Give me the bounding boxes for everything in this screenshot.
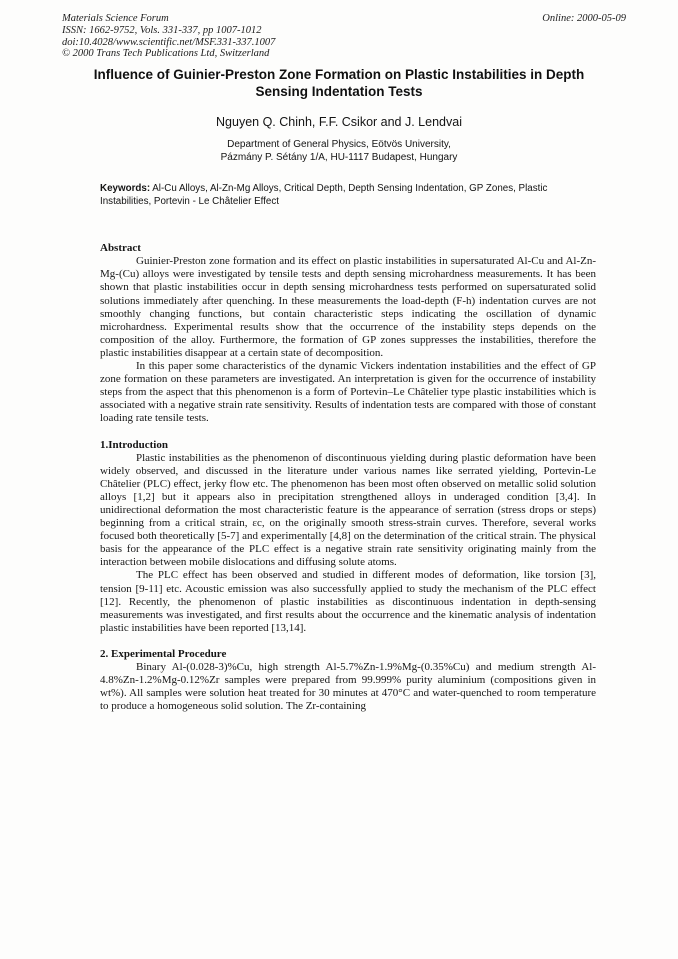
keywords-text: Al-Cu Alloys, Al-Zn-Mg Alloys, Critical … (100, 183, 547, 207)
online-date: Online: 2000-05-09 (542, 13, 626, 25)
journal-metadata: Materials Science Forum ISSN: 1662-9752,… (62, 13, 275, 60)
paper-body: Abstract Guinier-Preston zone formation … (100, 242, 596, 713)
authors-line: Nguyen Q. Chinh, F.F. Csikor and J. Lend… (0, 115, 678, 130)
doi-line: doi:10.4028/www.scientific.net/MSF.331-3… (62, 37, 275, 49)
section-heading-introduction: 1.Introduction (100, 439, 596, 452)
affiliation-line-1: Department of General Physics, Eötvös Un… (0, 139, 678, 152)
introduction-paragraph-1: Plastic instabilities as the phenomenon … (100, 452, 596, 570)
keywords-block: Keywords: Al-Cu Alloys, Al-Zn-Mg Alloys,… (100, 183, 596, 208)
paper-page: Materials Science Forum ISSN: 1662-9752,… (0, 0, 678, 959)
journal-header: Materials Science Forum ISSN: 1662-9752,… (0, 0, 678, 60)
abstract-paragraph-2: In this paper some characteristics of th… (100, 360, 596, 425)
section-heading-experimental: 2. Experimental Procedure (100, 648, 596, 661)
experimental-paragraph-1: Binary Al-(0.028-3)%Cu, high strength Al… (100, 661, 596, 713)
copyright-line: © 2000 Trans Tech Publications Ltd, Swit… (62, 48, 275, 60)
introduction-paragraph-2: The PLC effect has been observed and stu… (100, 569, 596, 634)
affiliation: Department of General Physics, Eötvös Un… (0, 139, 678, 164)
issn-line: ISSN: 1662-9752, Vols. 331-337, pp 1007-… (62, 25, 275, 37)
affiliation-line-2: Pázmány P. Sétány 1/A, HU-1117 Budapest,… (0, 152, 678, 165)
abstract-paragraph-1: Guinier-Preston zone formation and its e… (100, 255, 596, 360)
paper-title: Influence of Guinier-Preston Zone Format… (89, 67, 589, 100)
keywords-label: Keywords: (100, 183, 150, 194)
journal-title: Materials Science Forum (62, 13, 275, 25)
abstract-heading: Abstract (100, 242, 596, 255)
